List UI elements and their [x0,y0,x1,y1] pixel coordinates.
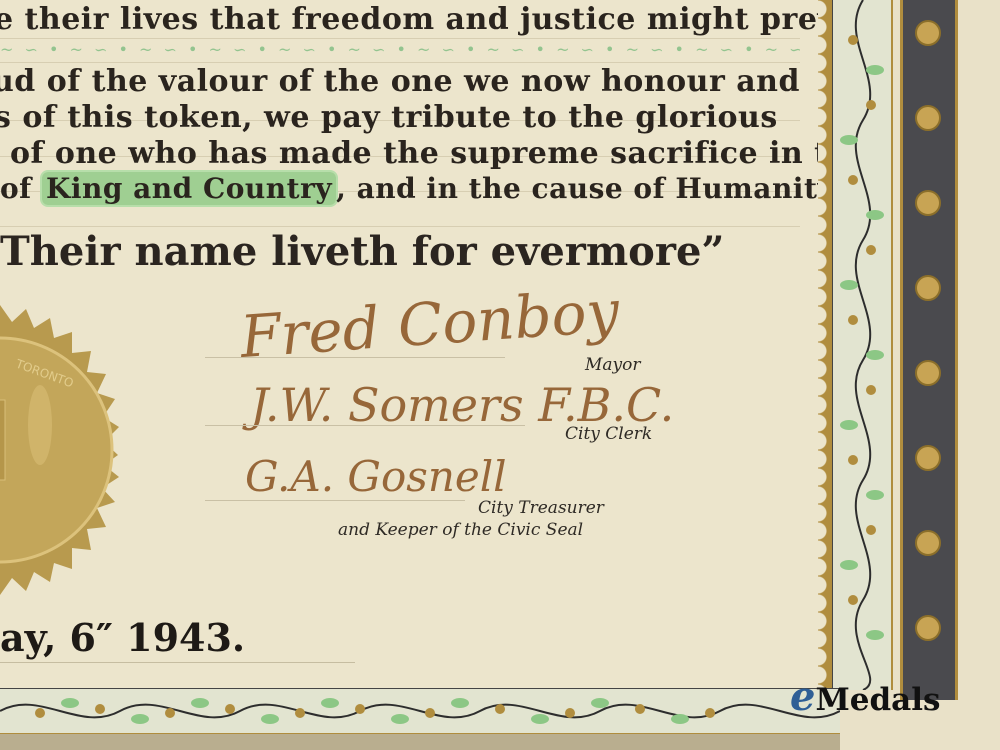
ruled-line [0,226,800,227]
rosette-icon [915,445,941,471]
date-line [0,662,355,663]
body-line-5-suffix: , and in the cause of Humanity [336,172,834,205]
body-line-1: e their lives that freedom and justice m… [0,2,879,37]
rosette-icon [915,275,941,301]
signature-line [205,425,525,426]
signature-line [205,500,465,501]
rosette-icon [915,615,941,641]
treasurer-signature: G.A. Gosnell [245,452,507,501]
bottom-dark-border [0,734,840,750]
emedals-watermark: eMedals [790,673,940,720]
signature-line [205,357,505,358]
green-scroll-ornament: ~ ∽ • ~ ∽ • ~ ∽ • ~ ∽ • ~ ∽ • ~ ∽ • ~ ∽ … [0,40,800,58]
gold-civic-seal-icon: TORONTO [0,305,150,595]
body-line-3: s of this token, we pay tribute to the g… [0,100,778,135]
body-line-5: of King and Country, and in the cause of… [0,172,834,205]
watermark-e: e [790,673,815,720]
city-clerk-title: City Clerk [565,424,652,444]
dark-floral-border-column [900,0,958,700]
rosette-icon [915,530,941,556]
motto: Their name liveth for evermore” [0,228,724,275]
rosette-icon [915,190,941,216]
ruled-line [0,38,800,39]
rosette-icon [915,20,941,46]
body-line-5-prefix: of [0,172,32,205]
treasurer-title-line2: and Keeper of the Civic Seal [338,520,583,540]
mayor-title: Mayor [585,355,641,375]
watermark-text: Medals [815,682,940,718]
certificate-paper: e their lives that freedom and justice m… [0,0,830,690]
treasurer-title-line1: City Treasurer [478,498,604,518]
ruled-line [0,62,800,63]
rosette-icon [915,360,941,386]
bottom-vine-scroll-icon [0,689,840,733]
body-line-4: of one who has made the supreme sacrific… [10,136,870,171]
bottom-vine-border [0,688,840,735]
body-line-2: ud of the valour of the one we now honou… [0,64,800,99]
highlighted-phrase: King and Country [42,172,336,205]
rosette-icon [915,105,941,131]
vine-border-column [832,0,893,690]
vine-scroll-icon [833,0,891,690]
certificate-date: ay, 6″ 1943. [0,615,245,660]
